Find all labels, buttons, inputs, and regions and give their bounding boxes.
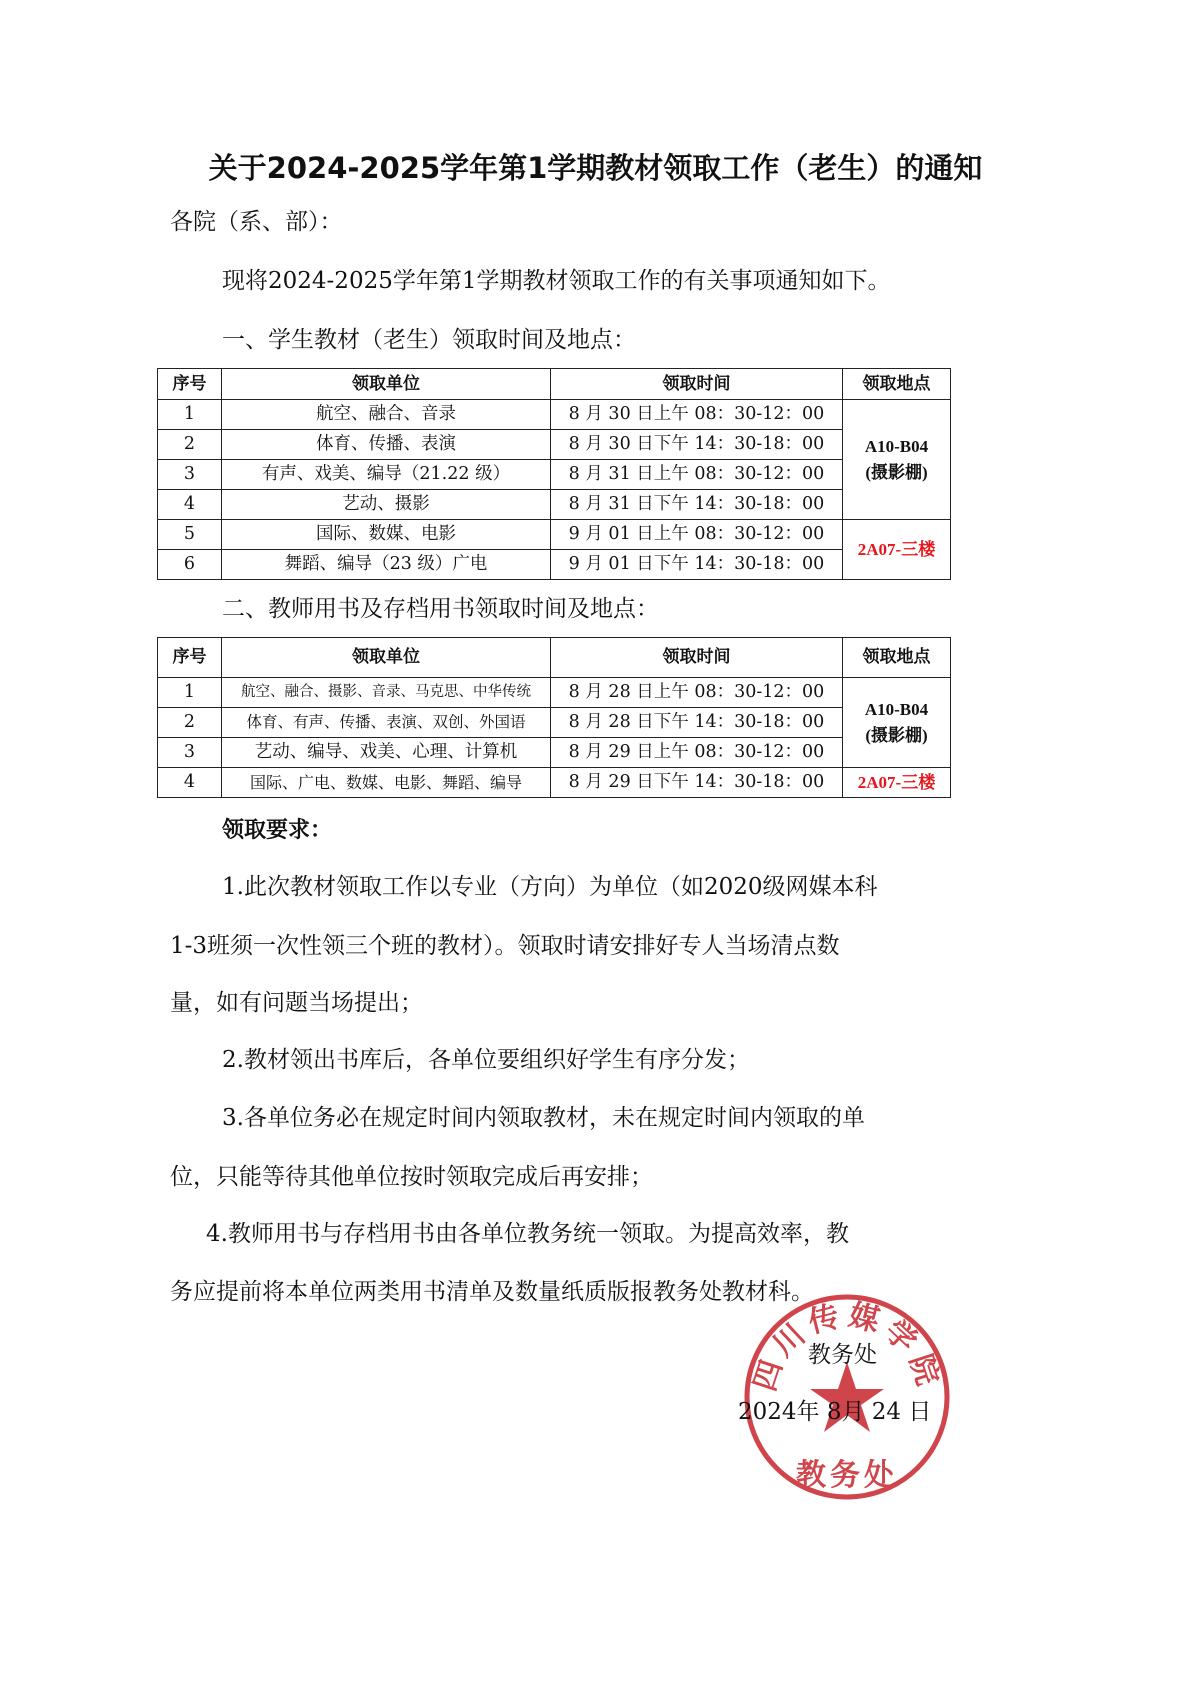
cell-no: 6 [158, 550, 222, 580]
intro-paragraph: 现将2024-2025学年第1学期教材领取工作的有关事项通知如下。 [222, 266, 890, 296]
location-code: A10-B04 [843, 697, 950, 723]
requirement-1-line1: 1.此次教材领取工作以专业（方向）为单位（如2020级网媒本科 [222, 872, 877, 902]
header-location: 领取地点 [843, 638, 951, 678]
cell-unit: 舞蹈、编导（23 级）广电 [222, 550, 551, 580]
table-row: 1 航空、融合、音录 8 月 30 日上午 08：30-12：00 A10-B0… [158, 400, 951, 430]
requirement-3-line1: 3.各单位务必在规定时间内领取教材，未在规定时间内领取的单 [222, 1103, 865, 1133]
cell-no: 1 [158, 400, 222, 430]
cell-time: 8 月 29 日上午 08：30-12：00 [551, 738, 843, 768]
header-unit: 领取单位 [222, 638, 551, 678]
location-note: (摄影棚) [843, 460, 950, 486]
table-row: 2 体育、传播、表演 8 月 30 日下午 14：30-18：00 [158, 430, 951, 460]
salutation: 各院（系、部）： [170, 207, 343, 237]
cell-no: 3 [158, 738, 222, 768]
section2-heading: 二、教师用书及存档用书领取时间及地点： [222, 594, 659, 624]
table-row: 3 艺动、编导、戏美、心理、计算机 8 月 29 日上午 08：30-12：00 [158, 738, 951, 768]
table-row: 4 国际、广电、数媒、电影、舞蹈、编导 8 月 29 日下午 14：30-18：… [158, 768, 951, 798]
requirement-1-line2: 1-3班须一次性领三个班的教材）。领取时请安排好专人当场清点数 [170, 931, 840, 961]
cell-time: 8 月 31 日上午 08：30-12：00 [551, 460, 843, 490]
cell-location: 2A07-三楼 [843, 520, 951, 580]
table-row: 6 舞蹈、编导（23 级）广电 9 月 01 日下午 14：30-18：00 [158, 550, 951, 580]
header-time: 领取时间 [551, 638, 843, 678]
header-no: 序号 [158, 369, 222, 400]
requirement-1-line3: 量，如有问题当场提出； [170, 988, 423, 1018]
location-note: (摄影棚) [843, 723, 950, 749]
svg-text:教务处: 教务处 [796, 1458, 898, 1493]
cell-time: 9 月 01 日下午 14：30-18：00 [551, 550, 843, 580]
header-time: 领取时间 [551, 369, 843, 400]
cell-no: 2 [158, 708, 222, 738]
document-title: 关于2024-2025学年第1学期教材领取工作（老生）的通知 [0, 146, 1191, 187]
cell-time: 8 月 31 日下午 14：30-18：00 [551, 490, 843, 520]
table-header-row: 序号 领取单位 领取时间 领取地点 [158, 638, 951, 678]
signature-date: 2024年 8月 24 日 [738, 1393, 931, 1426]
header-location: 领取地点 [843, 369, 951, 400]
requirement-4-line2: 务应提前将本单位两类用书清单及数量纸质版报教务处教材科。 [170, 1277, 814, 1307]
table-row: 2 体育、有声、传播、表演、双创、外国语 8 月 28 日下午 14：30-18… [158, 708, 951, 738]
cell-unit: 航空、融合、音录 [222, 400, 551, 430]
cell-no: 4 [158, 768, 222, 798]
cell-no: 2 [158, 430, 222, 460]
cell-time: 9 月 01 日上午 08：30-12：00 [551, 520, 843, 550]
cell-time: 8 月 30 日上午 08：30-12：00 [551, 400, 843, 430]
cell-unit: 航空、融合、摄影、音录、马克思、中华传统 [222, 678, 551, 708]
requirement-2: 2.教材领出书库后，各单位要组织好学生有序分发； [222, 1045, 750, 1075]
cell-no: 4 [158, 490, 222, 520]
section1-heading: 一、学生教材（老生）领取时间及地点： [222, 325, 636, 355]
signature-department: 教务处 [808, 1336, 877, 1369]
table-row: 5 国际、数媒、电影 9 月 01 日上午 08：30-12：00 2A07-三… [158, 520, 951, 550]
table-header-row: 序号 领取单位 领取时间 领取地点 [158, 369, 951, 400]
requirement-4-line1: 4.教师用书与存档用书由各单位教务统一领取。为提高效率，教 [206, 1219, 849, 1249]
cell-unit: 国际、数媒、电影 [222, 520, 551, 550]
cell-time: 8 月 28 日下午 14：30-18：00 [551, 708, 843, 738]
requirement-3-line2: 位，只能等待其他单位按时领取完成后再安排； [170, 1162, 653, 1192]
requirements-heading: 领取要求： [222, 813, 332, 844]
cell-time: 8 月 30 日下午 14：30-18：00 [551, 430, 843, 460]
cell-unit: 体育、传播、表演 [222, 430, 551, 460]
cell-no: 5 [158, 520, 222, 550]
cell-unit: 艺动、摄影 [222, 490, 551, 520]
cell-unit: 体育、有声、传播、表演、双创、外国语 [222, 708, 551, 738]
table-row: 1 航空、融合、摄影、音录、马克思、中华传统 8 月 28 日上午 08：30-… [158, 678, 951, 708]
header-unit: 领取单位 [222, 369, 551, 400]
cell-location: A10-B04 (摄影棚) [843, 400, 951, 520]
cell-no: 1 [158, 678, 222, 708]
cell-time: 8 月 28 日上午 08：30-12：00 [551, 678, 843, 708]
cell-unit: 国际、广电、数媒、电影、舞蹈、编导 [222, 768, 551, 798]
teacher-book-schedule-table: 序号 领取单位 领取时间 领取地点 1 航空、融合、摄影、音录、马克思、中华传统… [157, 637, 951, 798]
cell-unit: 有声、戏美、编导（21.22 级） [222, 460, 551, 490]
student-textbook-schedule-table: 序号 领取单位 领取时间 领取地点 1 航空、融合、音录 8 月 30 日上午 … [157, 368, 951, 580]
location-code: A10-B04 [843, 434, 950, 460]
cell-no: 3 [158, 460, 222, 490]
header-no: 序号 [158, 638, 222, 678]
cell-time: 8 月 29 日下午 14：30-18：00 [551, 768, 843, 798]
cell-unit: 艺动、编导、戏美、心理、计算机 [222, 738, 551, 768]
table-row: 4 艺动、摄影 8 月 31 日下午 14：30-18：00 [158, 490, 951, 520]
cell-location: 2A07-三楼 [843, 768, 951, 798]
cell-location: A10-B04 (摄影棚) [843, 678, 951, 768]
table-row: 3 有声、戏美、编导（21.22 级） 8 月 31 日上午 08：30-12：… [158, 460, 951, 490]
